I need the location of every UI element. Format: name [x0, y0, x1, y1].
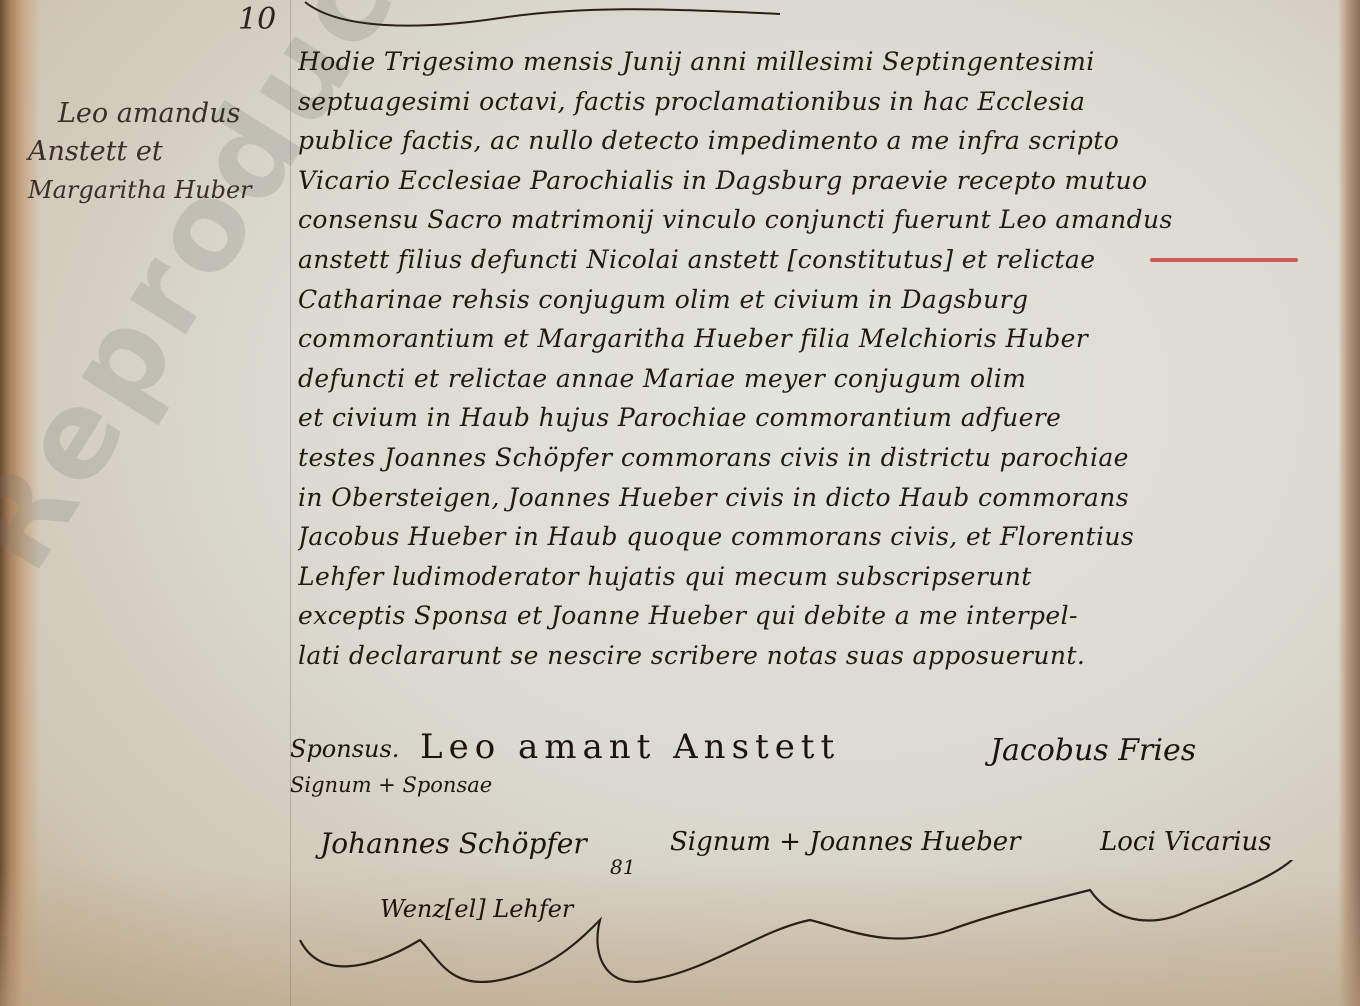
page-number: 10	[238, 2, 276, 37]
margin-note: Leo amandus Anstett et Margaritha Huber	[28, 95, 283, 209]
text-line: Catharinae rehsis conjugum olim et civiu…	[298, 280, 1338, 320]
text-line: septuagesimi octavi, factis proclamation…	[298, 82, 1338, 122]
margin-note-line: Anstett et	[28, 133, 283, 171]
officiant-signature: Loci Vicarius	[1100, 827, 1272, 857]
witness-signature-joannes-hueber: Signum + Joannes Hueber	[670, 827, 1021, 857]
sponsa-mark: Signum + Sponsae	[290, 773, 492, 797]
text-line: Hodie Trigesimo mensis Junij anni milles…	[298, 42, 1338, 82]
witness-signature-johannes-schopfer: Johannes Schöpfer	[320, 827, 587, 860]
text-line: consensu Sacro matrimonij vinculo conjun…	[298, 200, 1338, 240]
text-line: lati declararunt se nescire scribere not…	[298, 636, 1338, 676]
sponsus-signature: Leo amant Anstett	[420, 727, 840, 767]
text-line: Jacobus Hueber in Haub quoque commorans …	[298, 517, 1338, 557]
red-underline-highlight	[1150, 258, 1298, 262]
text-line: commorantium et Margaritha Hueber filia …	[298, 319, 1338, 359]
margin-note-line: Leo amandus	[28, 95, 283, 133]
text-line: exceptis Sponsa et Joanne Hueber qui deb…	[298, 596, 1338, 636]
text-line: defuncti et relictae annae Mariae meyer …	[298, 359, 1338, 399]
record-body-text: Hodie Trigesimo mensis Junij anni milles…	[298, 42, 1338, 676]
sponsus-label: Sponsus.	[290, 735, 399, 763]
text-line: in Obersteigen, Joannes Hueber civis in …	[298, 478, 1338, 518]
text-line: et civium in Haub hujus Parochiae commor…	[298, 398, 1338, 438]
witness-signature-jacobus-fries: Jacobus Fries	[990, 733, 1196, 768]
text-line: Lehfer ludimoderator hujatis qui mecum s…	[298, 557, 1338, 597]
manuscript-page: Reproduction 10 Leo amandus Anstett et M…	[0, 0, 1360, 1006]
text-line: testes Joannes Schöpfer commorans civis …	[298, 438, 1338, 478]
text-line: Vicario Ecclesiae Parochialis in Dagsbur…	[298, 161, 1338, 201]
top-flourish-decoration	[300, 0, 800, 30]
page-right-edge	[1338, 0, 1360, 1006]
margin-note-line: Margaritha Huber	[28, 171, 283, 209]
text-line: publice factis, ac nullo detecto impedim…	[298, 121, 1338, 161]
closing-flourish-decoration	[290, 860, 1340, 1000]
